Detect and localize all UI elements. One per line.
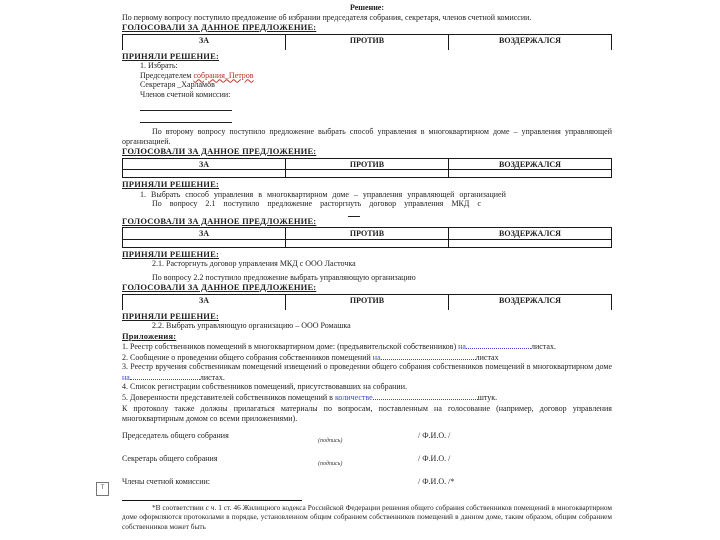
decision-heading-1: ПРИНЯЛИ РЕШЕНИЕ:: [122, 52, 612, 62]
vote-cell-empty: [286, 239, 449, 247]
signature-row-committee: Т Члены счетной комиссии: / Ф.И.О. /*: [122, 474, 612, 496]
vote-table-2: ЗА ПРОТИВ ВОЗДЕРЖАЛСЯ: [122, 158, 612, 179]
vote-heading-3: ГОЛОСОВАЛИ ЗА ДАННОЕ ПРЕДЛОЖЕНИЕ:: [122, 217, 612, 227]
protocol-page: Решение: По первому вопросу поступило пр…: [122, 3, 612, 531]
decision-heading-4: ПРИНЯЛИ РЕШЕНИЕ:: [122, 312, 612, 322]
vote-col-vozderzhalsya: ВОЗДЕРЖАЛСЯ: [449, 294, 612, 310]
vote-cell-empty: [286, 170, 449, 178]
vote-cell-empty: [123, 170, 286, 178]
signature-row-secretary: Секретарь общего собрания (подпись) / Ф.…: [122, 451, 612, 473]
decision1-committee: Членов счетной комиссии:: [140, 90, 612, 100]
attachment-item-3: 3. Реестр вручения собственникам помещен…: [122, 362, 612, 382]
signature-fio: / Ф.И.О. /*: [418, 477, 454, 487]
attachment-item-2: 2. Сообщение о проведении общего собрани…: [122, 352, 612, 363]
attachment-3-suffix: листах.: [200, 373, 225, 382]
question2-paragraph: По второму вопросу поступило предложение…: [122, 127, 612, 146]
attachments-heading: Приложения:: [122, 332, 612, 342]
decision1-chairman: Председателем собрания_Петров: [140, 71, 612, 81]
committee-blank-line-1: [140, 99, 232, 111]
vote-heading-1: ГОЛОСОВАЛИ ЗА ДАННОЕ ПРЕДЛОЖЕНИЕ:: [122, 23, 612, 33]
vote-col-protiv: ПРОТИВ: [286, 158, 449, 170]
attachment-1-blank: [466, 341, 531, 349]
decision21-text: 2.1. Расторгнуть договор управления МКД …: [122, 259, 612, 269]
vote-col-za: ЗА: [123, 158, 286, 170]
attachment-1-text: 1. Реестр собственников помещений в мног…: [122, 342, 456, 351]
vote-col-protiv: ПРОТИВ: [286, 228, 449, 240]
signature-fio: / Ф.И.О. /: [418, 454, 450, 464]
vote-col-vozderzhalsya: ВОЗДЕРЖАЛСЯ: [449, 158, 612, 170]
attachment-2-blue-label: на: [373, 353, 381, 362]
signature-row-chairman: Председатель общего собрания (подпись) /…: [122, 428, 612, 450]
question21-blank-row: [122, 209, 612, 216]
vote-col-vozderzhalsya: ВОЗДЕРЖАЛСЯ: [449, 228, 612, 240]
question1-paragraph: По первому вопросу поступило предложение…: [122, 13, 612, 23]
question21-blank: [348, 209, 360, 217]
attachment-3-blank: [130, 372, 200, 380]
vote-table-1: ЗА ПРОТИВ ВОЗДЕРЖАЛСЯ: [122, 34, 612, 50]
signature-role: Члены счетной комиссии:: [122, 477, 210, 487]
decision2-text: 1. Выбрать способ управления в многоквар…: [122, 190, 612, 200]
attachment-5-suffix: штук.: [478, 393, 497, 402]
attachment-item-1: 1. Реестр собственников помещений в мног…: [122, 341, 612, 352]
vote-table-3: ЗА ПРОТИВ ВОЗДЕРЖАЛСЯ: [122, 227, 612, 248]
revision-marker-icon: Т: [96, 482, 109, 496]
decision1-item: 1. Избрать:: [140, 61, 612, 71]
chairman-prefix: Председателем: [140, 71, 193, 80]
signature-fio: / Ф.И.О. /: [418, 431, 450, 441]
attachment-3-text: 3. Реестр вручения собственникам помещен…: [122, 362, 612, 371]
attachment-3-blue-label: на: [122, 373, 130, 382]
vote-table-4: ЗА ПРОТИВ ВОЗДЕРЖАЛСЯ: [122, 294, 612, 310]
committee-blank-line-2: [140, 111, 232, 123]
vote-heading-2: ГОЛОСОВАЛИ ЗА ДАННОЕ ПРЕДЛОЖЕНИЕ:: [122, 147, 612, 157]
attachment-2-blank: [381, 352, 476, 360]
question21-paragraph: По вопросу 2.1 поступило предложение рас…: [122, 199, 612, 209]
vote-col-protiv: ПРОТИВ: [286, 294, 449, 310]
vote-col-vozderzhalsya: ВОЗДЕРЖАЛСЯ: [449, 34, 612, 50]
question22-paragraph: По вопросу 2.2 поступило предложение выб…: [122, 273, 612, 283]
attachment-item-5: 5. Доверенности представителей собственн…: [122, 392, 612, 403]
attachment-5-text: 5. Доверенности представителей собственн…: [122, 393, 333, 402]
attachment-1-suffix: листах.: [531, 342, 556, 351]
decision1-secretary: Секретаря _Харламов: [140, 80, 612, 90]
page-title: Решение:: [122, 3, 612, 13]
signature-block: Председатель общего собрания (подпись) /…: [122, 428, 612, 496]
attachment-1-blue-label: на: [458, 342, 466, 351]
vote-heading-4: ГОЛОСОВАЛИ ЗА ДАННОЕ ПРЕДЛОЖЕНИЕ:: [122, 283, 612, 293]
attachment-2-suffix: листах: [476, 353, 499, 362]
attachment-5-blank: [373, 392, 478, 400]
attachment-2-text: 2. Сообщение о проведении общего собрани…: [122, 353, 371, 362]
decision-heading-2: ПРИНЯЛИ РЕШЕНИЕ:: [122, 180, 612, 190]
vote-cell-empty: [123, 239, 286, 247]
footnote-rule: [122, 500, 302, 501]
vote-col-za: ЗА: [123, 228, 286, 240]
chairman-name-spellcheck: собрания_Петров: [193, 71, 253, 80]
decision-heading-3: ПРИНЯЛИ РЕШЕНИЕ:: [122, 250, 612, 260]
signature-role: Председатель общего собрания: [122, 431, 229, 441]
signature-caption: (подпись): [318, 460, 342, 470]
vote-col-protiv: ПРОТИВ: [286, 34, 449, 50]
vote-col-za: ЗА: [123, 294, 286, 310]
signature-role: Секретарь общего собрания: [122, 454, 218, 464]
vote-cell-empty: [449, 239, 612, 247]
vote-cell-empty: [449, 170, 612, 178]
attachment-item-4: 4. Список регистрации собственников поме…: [122, 382, 612, 392]
footnote-text: *В соответствии с ч. 1 ст. 46 Жилищного …: [122, 503, 612, 531]
decision22-text: 2.2. Выбрать управляющую организацию – О…: [122, 321, 612, 331]
attachments-note: К протоколу также должны прилагаться мат…: [122, 404, 612, 423]
vote-col-za: ЗА: [123, 34, 286, 50]
signature-caption: (подпись): [318, 437, 342, 447]
attachment-5-blue-label: количестве: [335, 393, 373, 402]
